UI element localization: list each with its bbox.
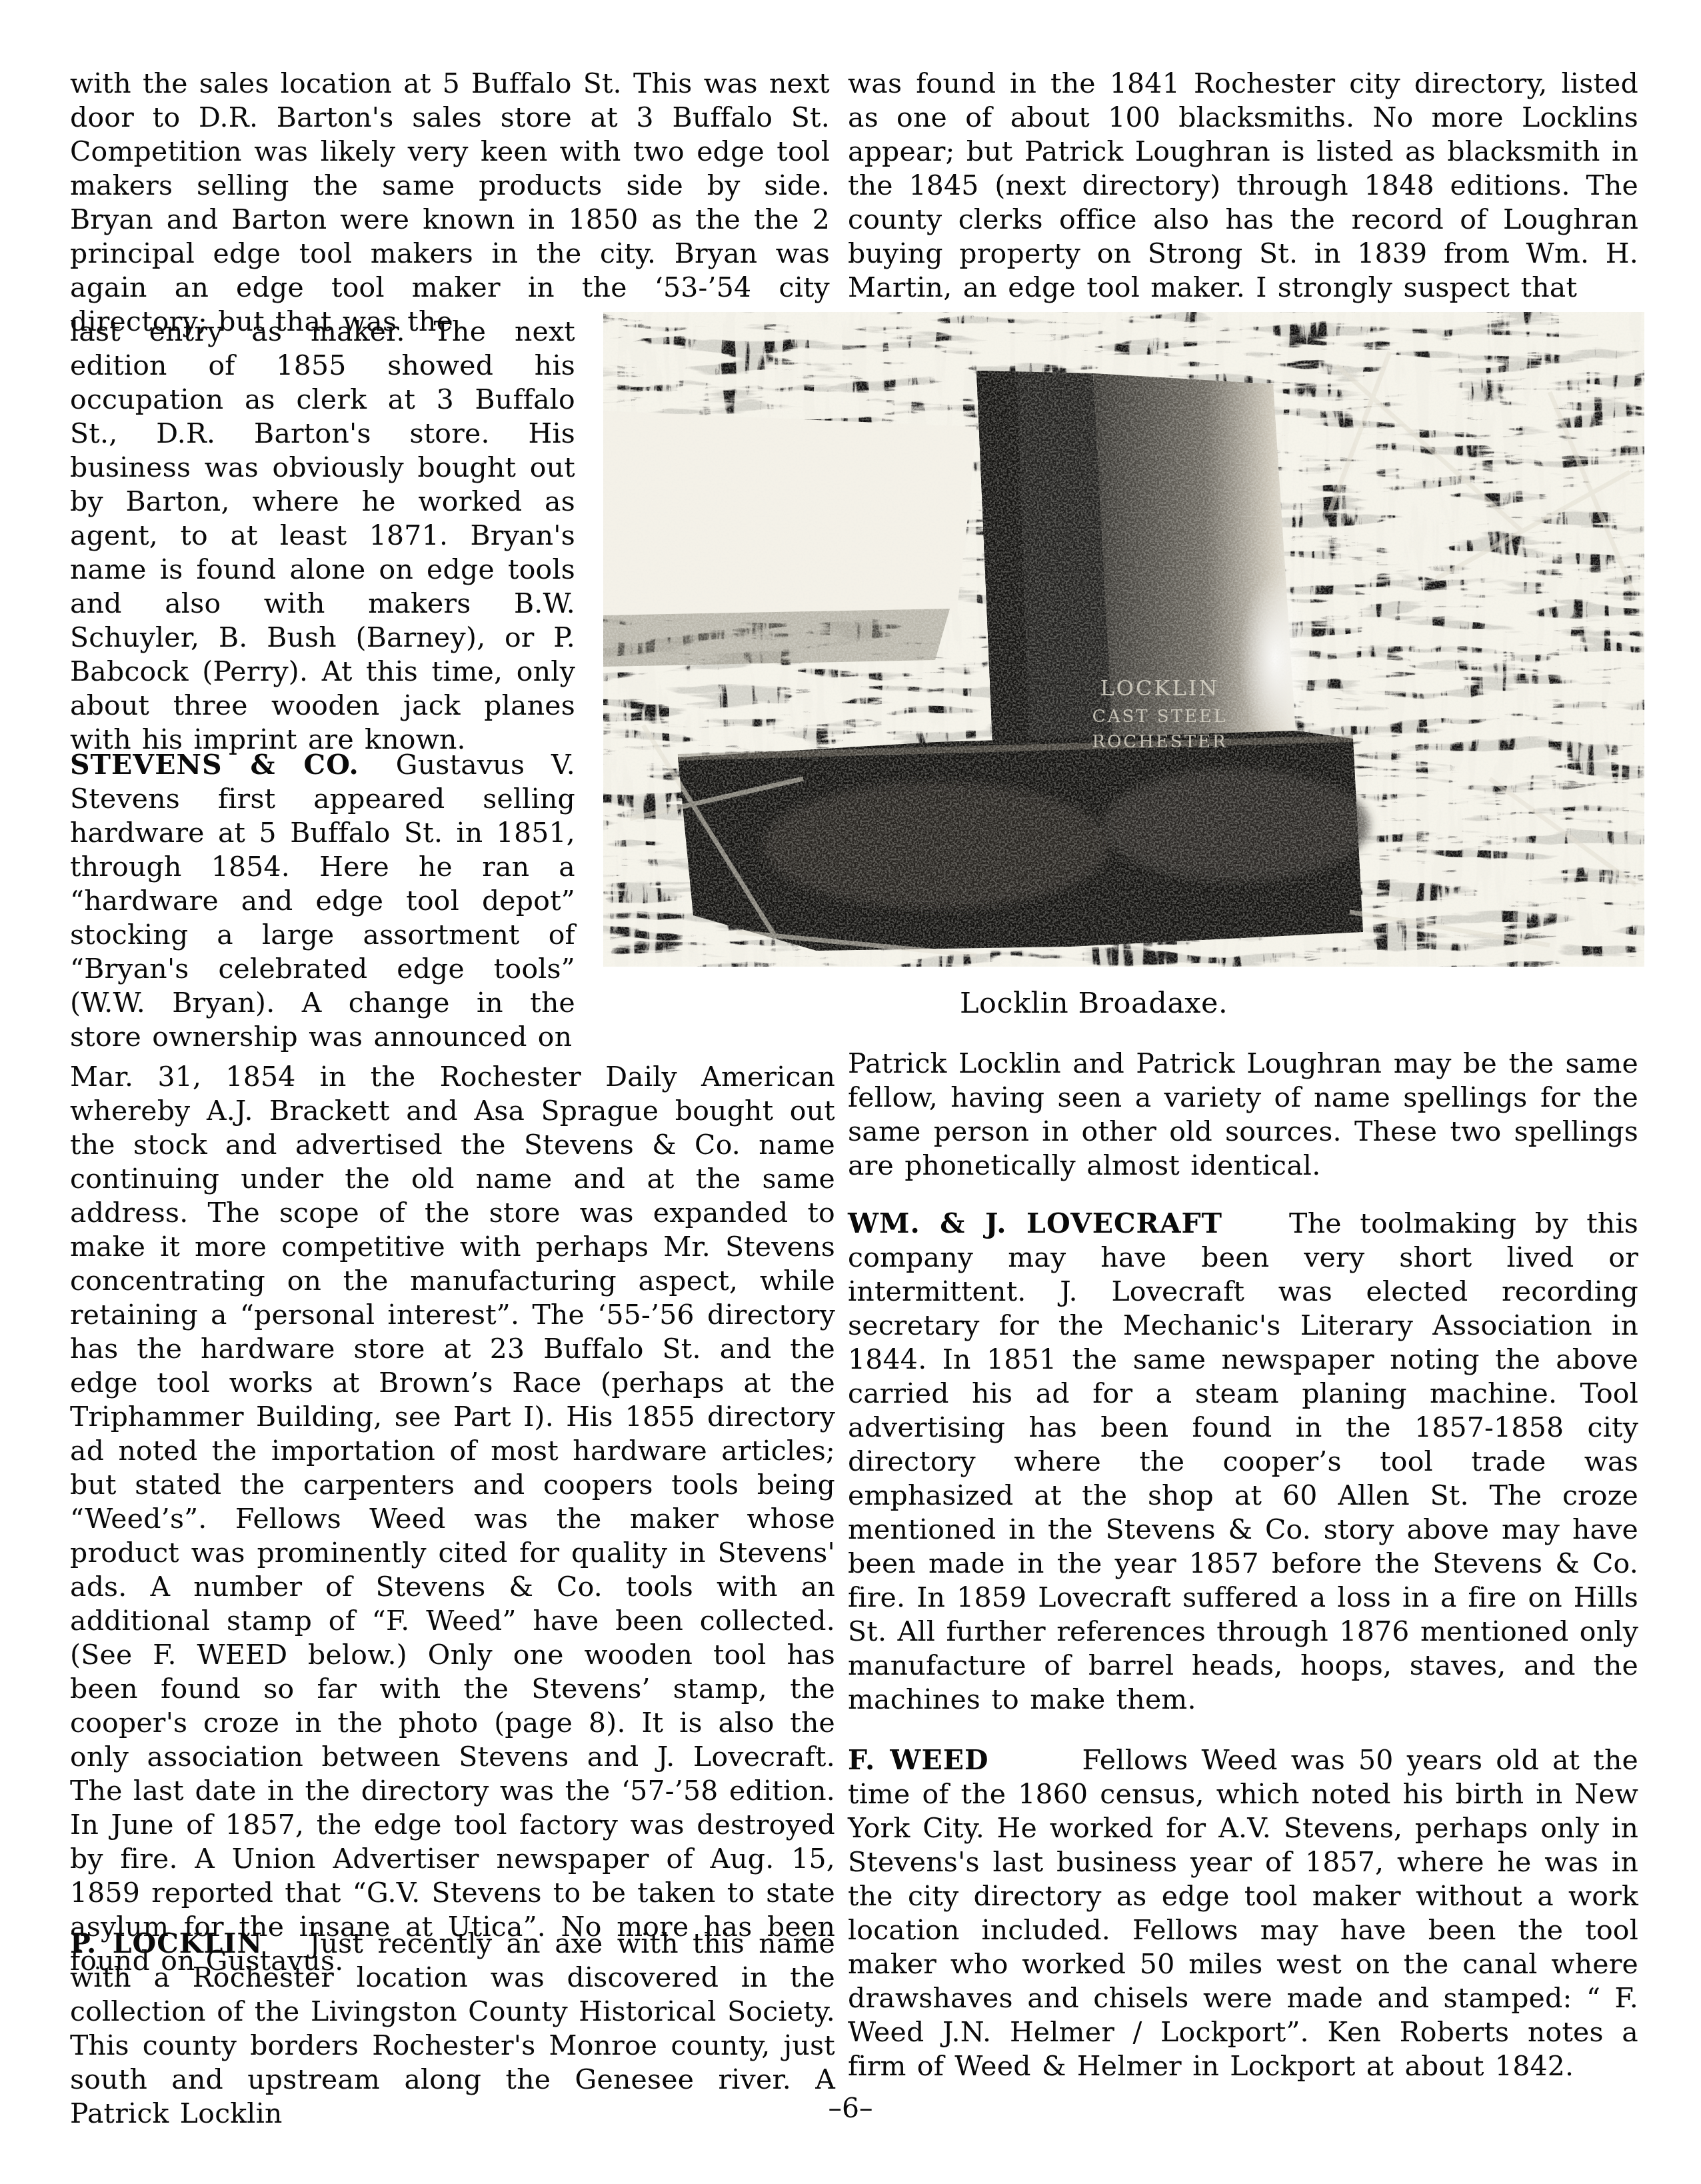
heading-gap (988, 1769, 1082, 1769)
paragraph-patrick-spellings: Patrick Locklin and Patrick Loughran may… (848, 1047, 1638, 1183)
section-heading-f-weed: F. WEED (848, 1744, 988, 1776)
paragraph-bryan-beside-photo: last entry as maker. The next edition of… (70, 315, 575, 757)
section-heading-stevens-co: STEVENS & CO. (70, 749, 359, 781)
section-f-weed: F. WEEDFellows Weed was 50 years old at … (848, 1743, 1638, 2083)
section-text-f-weed: Fellows Weed was 50 years old at the tim… (848, 1744, 1638, 2082)
paragraph-bryan-intro: with the sales location at 5 Buffalo St.… (70, 67, 830, 339)
section-stevens-co: STEVENS & CO.Gustavus V. Stevens first a… (70, 748, 575, 1054)
section-lovecraft: WM. & J. LOVECRAFTThe toolmaking by this… (848, 1207, 1638, 1717)
paragraph-locklin-continued: was found in the 1841 Rochester city dir… (848, 67, 1638, 305)
photo-caption: Locklin Broadaxe. (960, 987, 1228, 1021)
section-heading-lovecraft: WM. & J. LOVECRAFT (848, 1207, 1222, 1239)
heading-gap (359, 773, 396, 774)
section-heading-p-locklin: P. LOCKLIN (70, 1927, 263, 1959)
page-number: –6– (0, 2092, 1701, 2124)
newsletter-page: with the sales location at 5 Buffalo St.… (0, 0, 1701, 2184)
paragraph-stevens-continued: Mar. 31, 1854 in the Rochester Daily Ame… (70, 1060, 835, 1978)
section-text-lovecraft: The toolmaking by this company may have … (848, 1207, 1638, 1715)
broadaxe-photo: LOCKLIN CAST STEEL ROCHESTER (603, 312, 1644, 967)
photo-grain-overlay (603, 312, 1644, 967)
heading-gap (263, 1952, 309, 1953)
heading-gap (1222, 1232, 1289, 1233)
section-text-stevens-co: Gustavus V. Stevens first appeared selli… (70, 749, 575, 1053)
